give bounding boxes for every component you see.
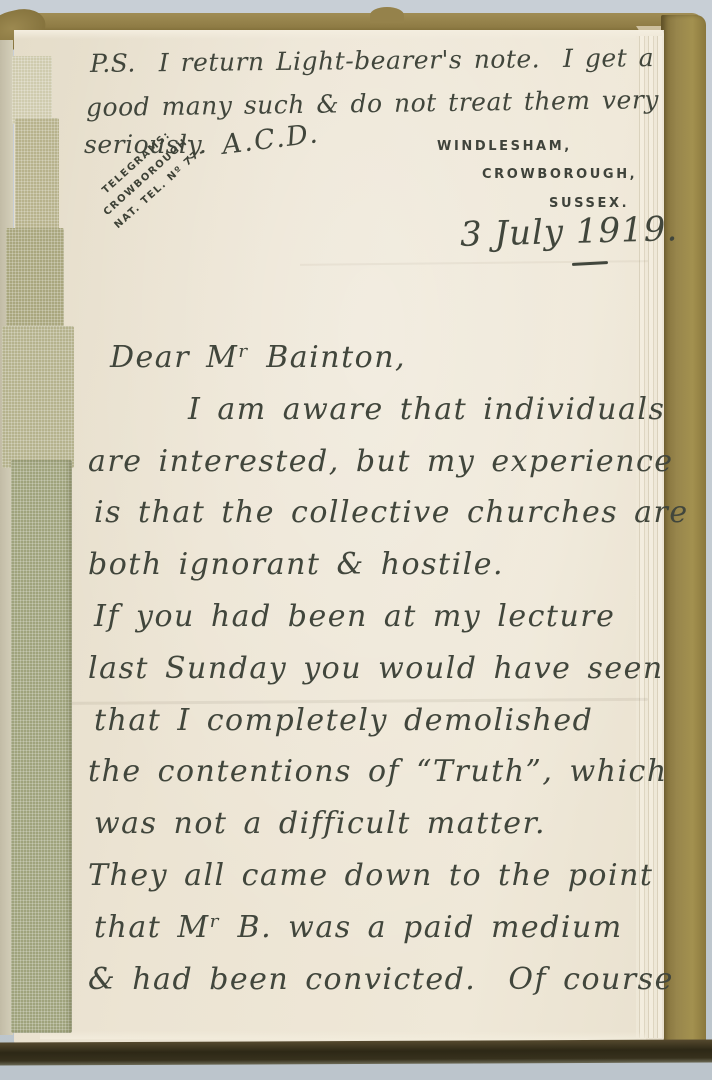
letter-line: was not a difficult matter.: [94, 798, 689, 850]
letter-line: Dear Mʳ Bainton,: [110, 332, 689, 384]
binding-tape-segment: [2, 326, 74, 468]
letter-body: Dear Mʳ Bainton, I am aware that individ…: [88, 332, 689, 1005]
letter-line: both ignorant & hostile.: [88, 539, 689, 591]
postscript-line: P.S. I return Light-bearer's note. I get…: [90, 43, 654, 78]
letter-line: the contentions of “Truth”, which: [88, 746, 689, 798]
scanned-letter-page: P.S. I return Light-bearer's note. I get…: [0, 0, 712, 1080]
paper-top-edge: [14, 30, 664, 39]
letter-line: I am aware that individuals: [188, 384, 689, 436]
letterhead-line: SUSSEX.: [549, 196, 629, 211]
letter-line: They all came down to the point: [88, 850, 689, 902]
letter-line: are interested, but my experience: [88, 436, 689, 488]
book-bottom-shadow: [0, 1039, 712, 1065]
binding-tape-segment: [12, 56, 52, 124]
letter-date: 3 July 1919.: [460, 209, 679, 255]
book-cover-bump: [370, 7, 404, 23]
letter-line: that I completely demolished: [94, 695, 689, 747]
letter-line: & had been convicted. Of course: [88, 954, 689, 1006]
letter-line: last Sunday you would have seen: [88, 643, 689, 695]
letter-line: that Mʳ B. was a paid medium: [94, 902, 689, 954]
binding-tape-segment: [11, 460, 72, 1033]
binding-tape-segment: [6, 228, 64, 332]
letter-line: is that the collective churches are: [94, 487, 689, 539]
letterhead-line: CROWBOROUGH,: [482, 167, 637, 182]
letter-line: If you had been at my lecture: [94, 591, 689, 643]
binding-tape-segment: [15, 118, 59, 236]
letterhead-line: WINDLESHAM,: [437, 139, 572, 154]
